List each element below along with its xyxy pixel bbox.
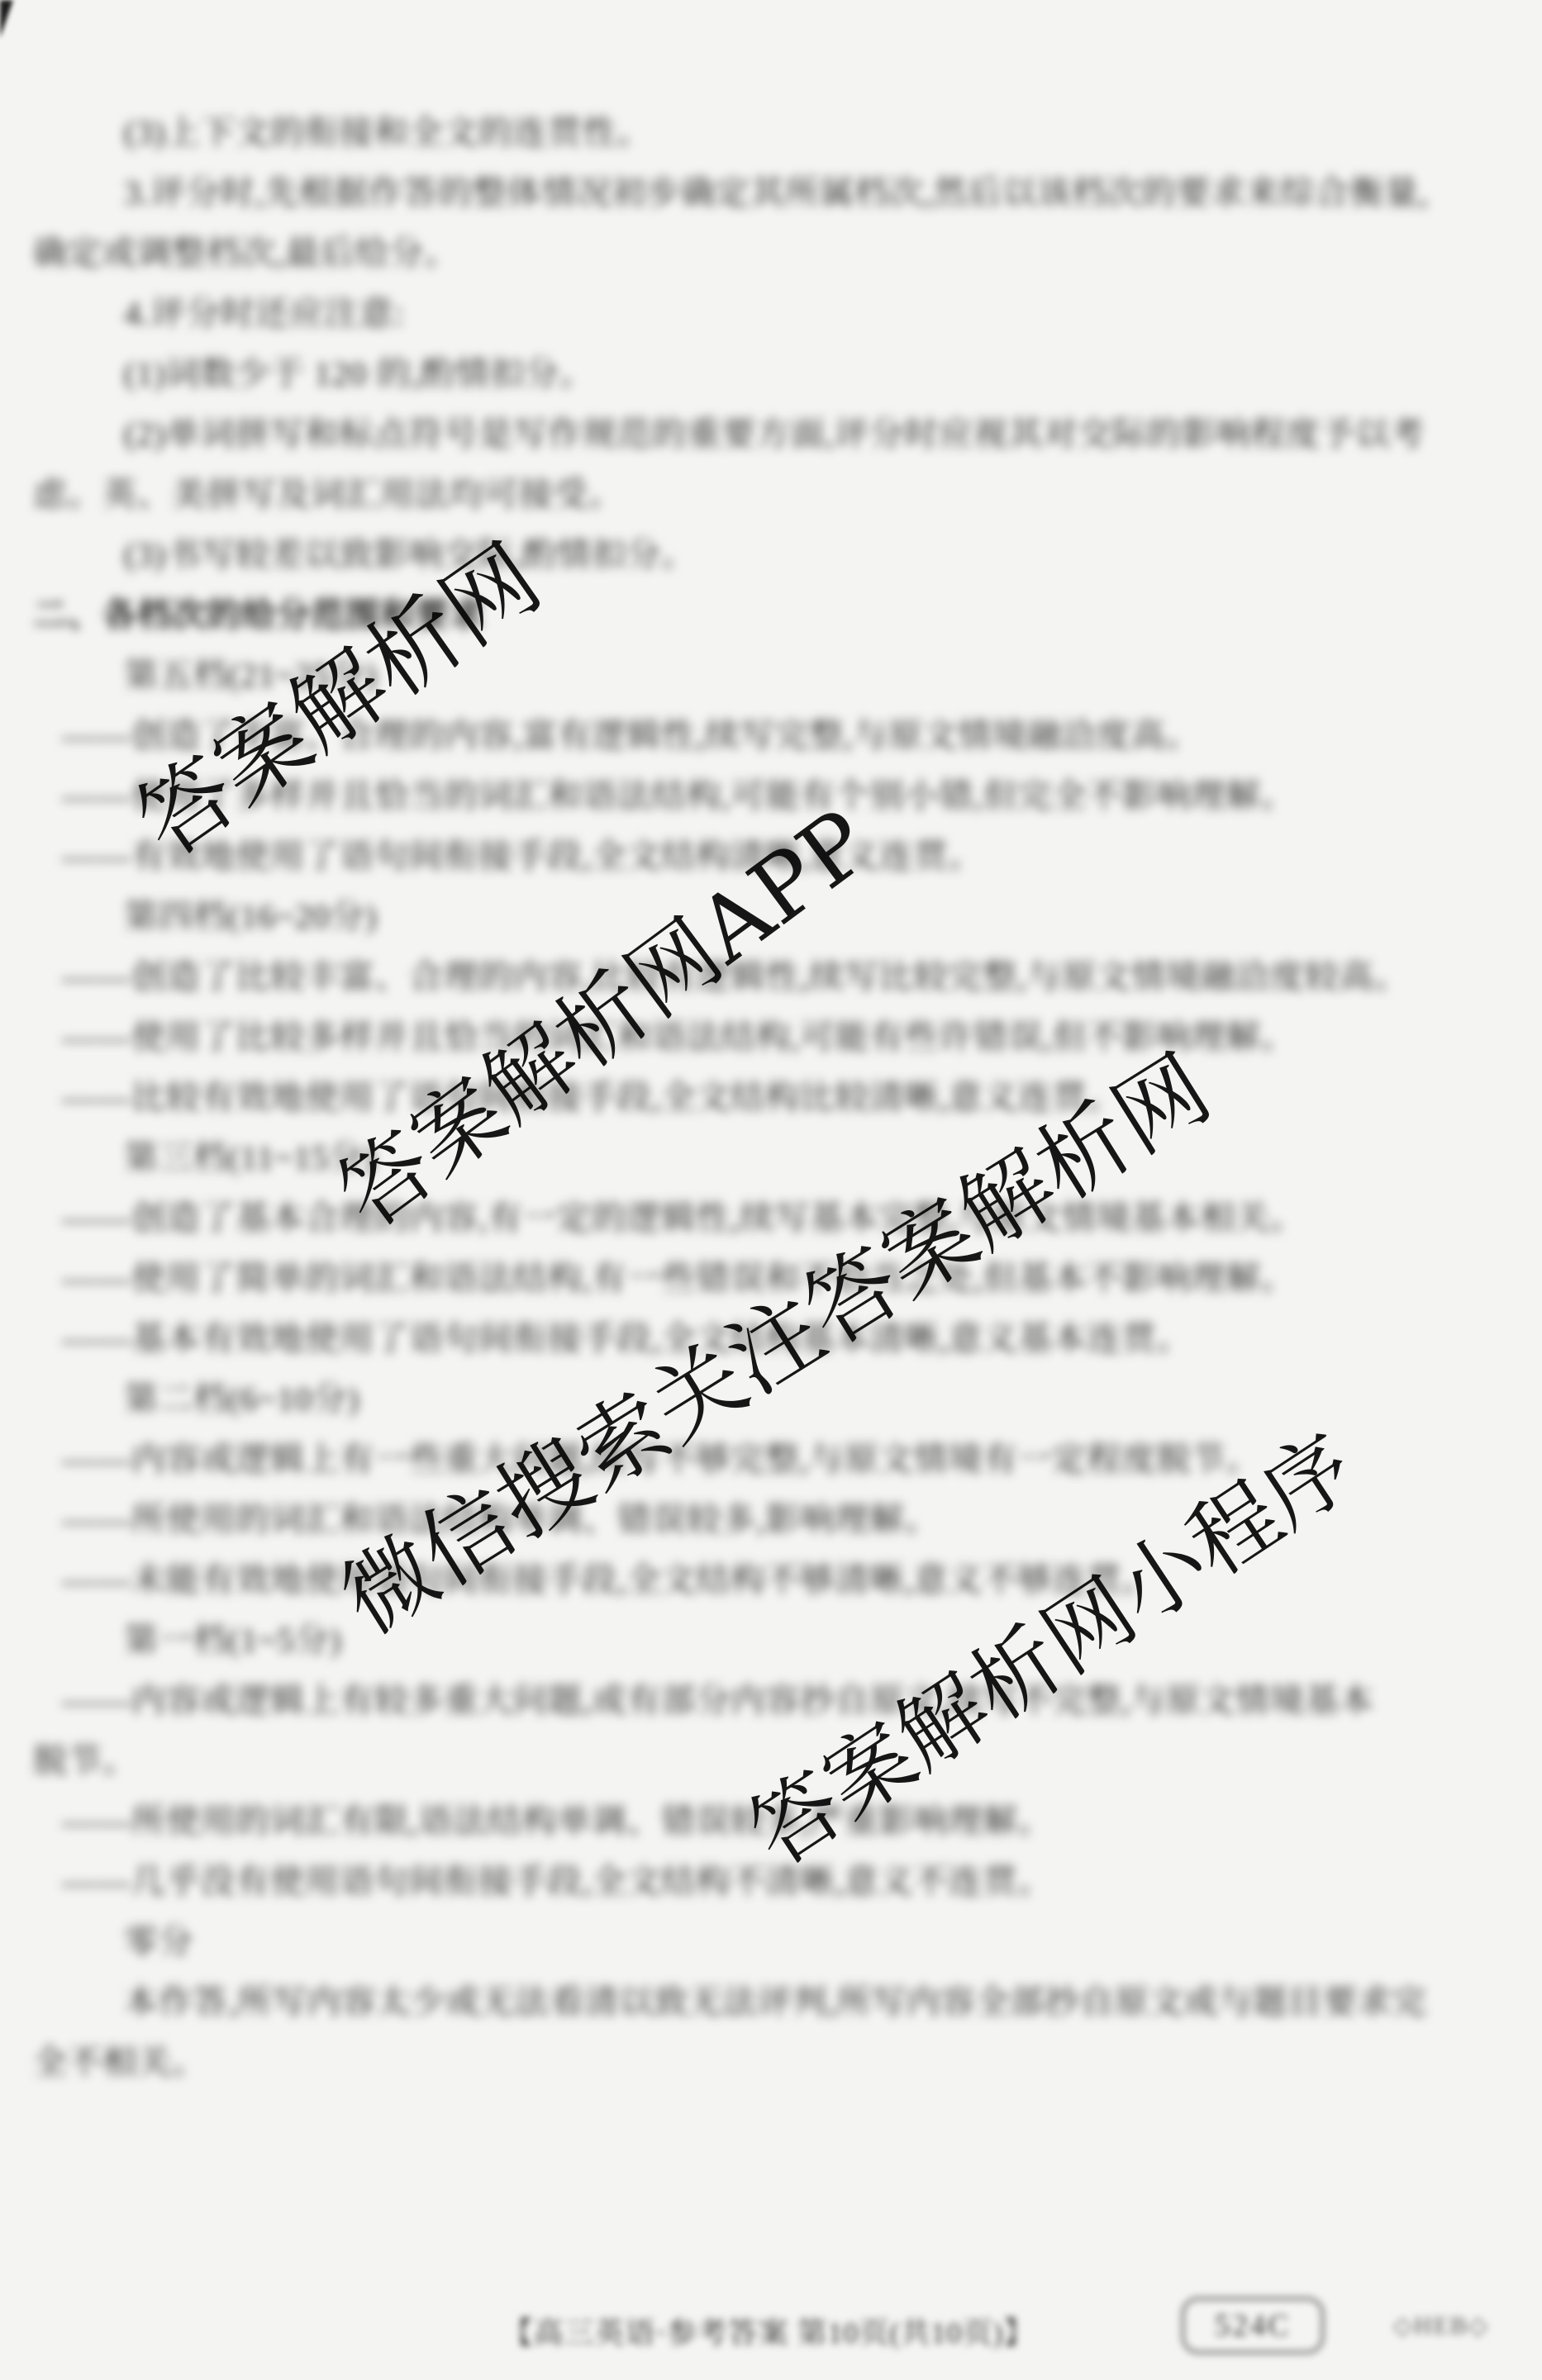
footer-code: 524C: [1215, 2308, 1291, 2344]
scanned-answer-page: (3)上下文的衔接和全文的连贯性。3.评分时,先根据作答的整体情况初步确定其所属…: [0, 0, 1542, 2380]
footer-code-box: 524C: [1182, 2297, 1324, 2354]
footer-right-mark: ◇HEB◇: [1393, 2311, 1489, 2340]
scan-edge-artifact: [0, 0, 13, 38]
page-footer: 【高三英语·参考答案 第10页(共10页)】 524C ◇HEB◇: [0, 0, 1542, 2380]
footer-page-label: 【高三英语·参考答案 第10页(共10页)】: [503, 2310, 1035, 2352]
